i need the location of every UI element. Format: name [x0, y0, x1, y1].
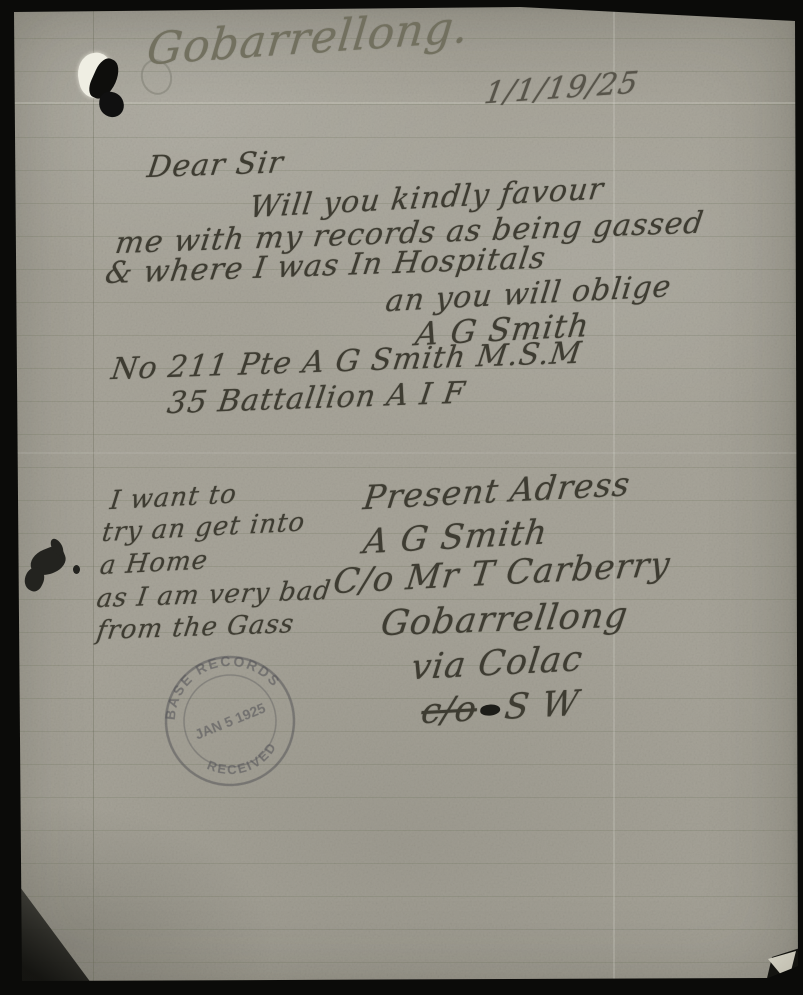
side-note-line: a Home — [98, 545, 210, 581]
ink-speck — [73, 565, 80, 574]
letter-paper: Gobarrellong. 1/1/19/25 Dear Sir Will yo… — [0, 0, 803, 995]
address-state-line: c/oS W — [419, 684, 581, 733]
stamp-date-text: JAN 5 1925 — [192, 700, 267, 743]
state-text: S W — [502, 684, 581, 728]
salutation: Dear Sir — [145, 145, 286, 185]
scanned-letter-page: { "letter": { "place": "Gobarrellong.", … — [0, 0, 803, 995]
struck-out-text: c/o — [419, 689, 479, 732]
stamp-bottom-arc-text: RECEIVED — [201, 736, 284, 787]
svg-text:RECEIVED: RECEIVED — [201, 736, 284, 787]
ink-blot — [480, 704, 501, 716]
